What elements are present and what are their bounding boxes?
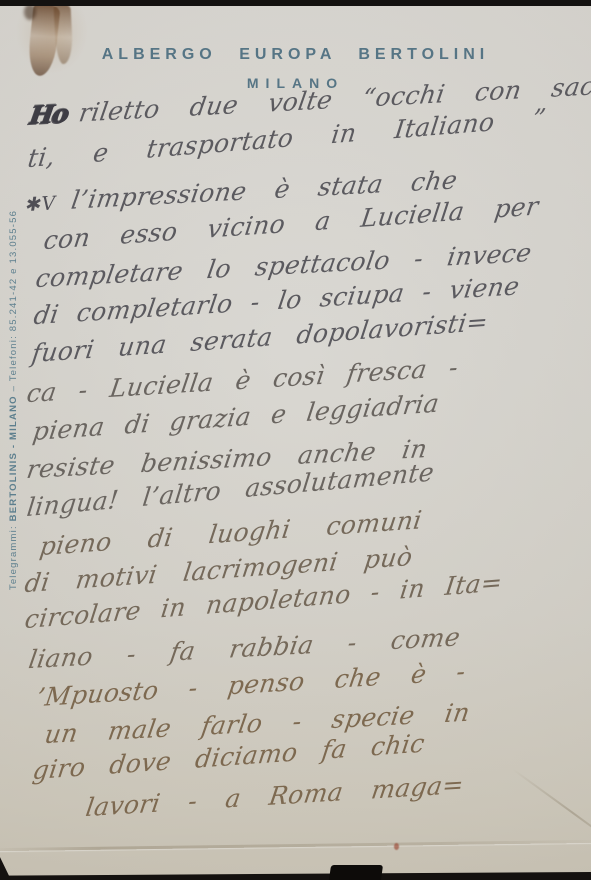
blotted-word: Ho <box>28 99 70 130</box>
ink-speck <box>394 843 399 850</box>
handwriting-line: lavori - a Roma maga= <box>84 772 466 820</box>
handwritten-body: Horiletto due volte “occhi con sacra= ti… <box>0 0 591 880</box>
line-text: lavori - a Roma maga= <box>84 770 466 822</box>
scanned-letter: ALBERGO EUROPA BERTOLINI MILANO Telegram… <box>0 0 591 880</box>
scan-notch-bottom <box>329 865 383 880</box>
margin-mark: ✱V <box>24 192 57 216</box>
scan-edge-top <box>0 0 591 6</box>
